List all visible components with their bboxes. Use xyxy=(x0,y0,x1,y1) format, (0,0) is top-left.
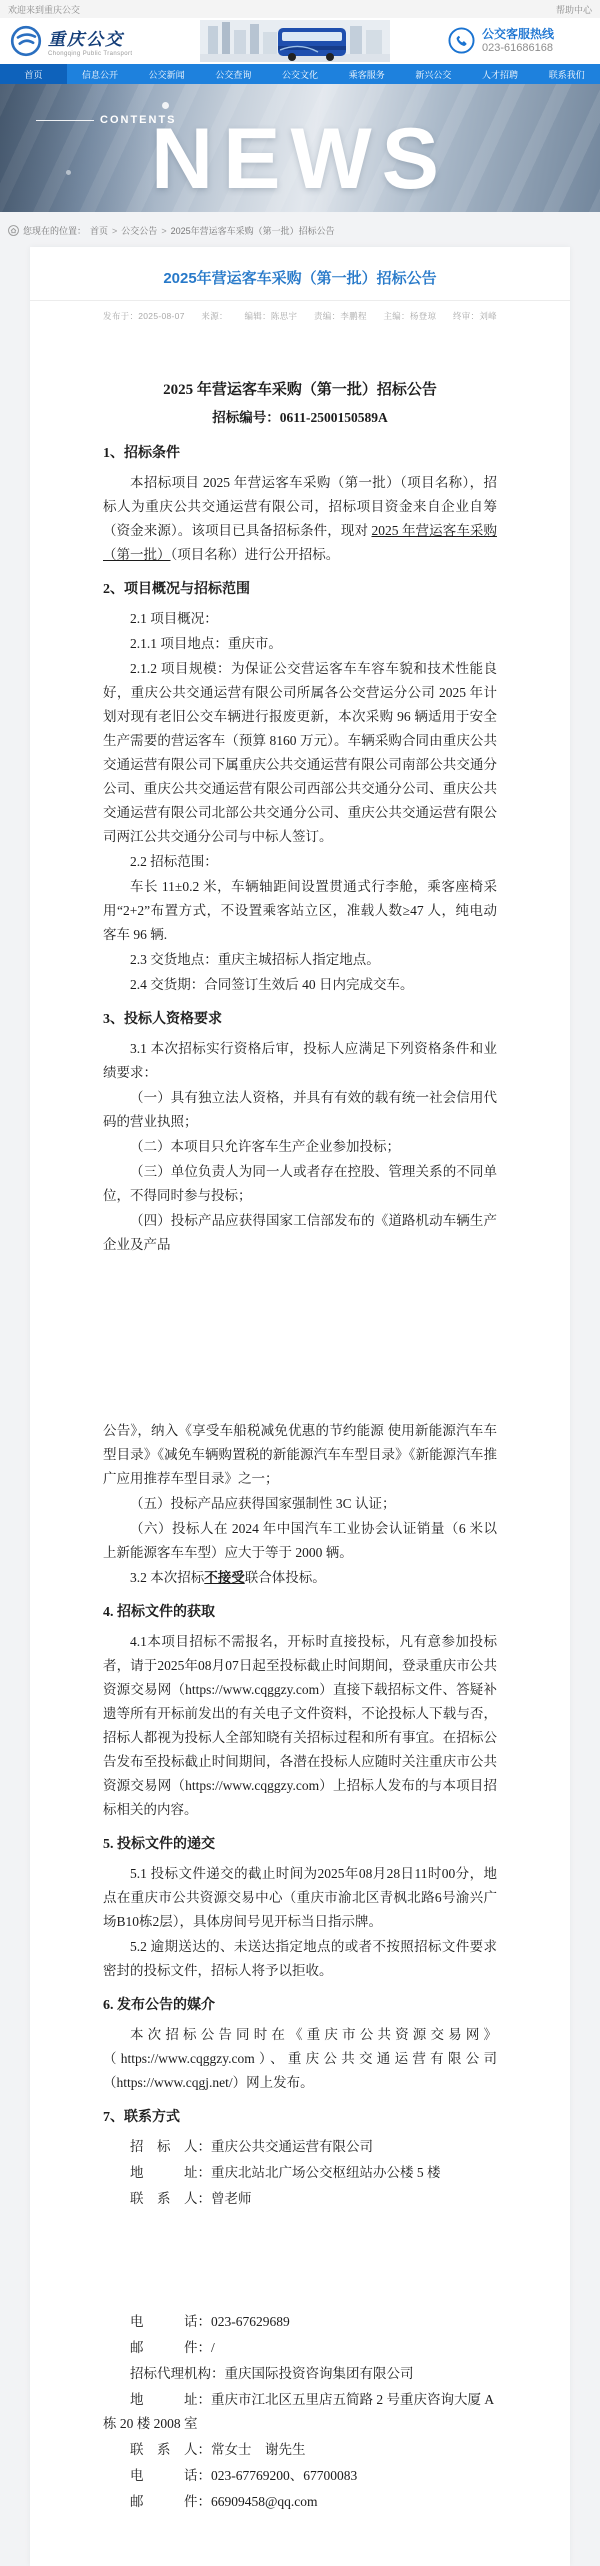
article-card: 2025年营运客车采购（第一批）招标公告 发布于：2025-08-07 来源： … xyxy=(30,247,570,2566)
doc-contact-line: 联 系 人：曾老师 xyxy=(103,2187,497,2211)
doc-paragraph: 4.1本项目招标不需报名，开标时直接投标，凡有意参加投标者，请于2025年08月… xyxy=(103,1630,497,1822)
doc-paragraph: 招标编号：0611-2500150589A xyxy=(103,406,497,430)
doc-contact-line: 招标代理机构：重庆国际投资咨询集团有限公司 xyxy=(103,2362,497,2386)
logo-subtitle: Chongqing Public Transport xyxy=(48,51,132,57)
hotline-block: 公交客服热线 023-61686168 xyxy=(448,27,590,55)
nav-item-bus-culture[interactable]: 公交文化 xyxy=(267,64,334,84)
doc-paragraph: 车长 11±0.2 米，车辆轴距间设置贯通式行李舱，乘客座椅采用“2+2”布置方… xyxy=(103,875,497,947)
doc-contact-line: 联 系 人：常女士 谢先生 xyxy=(103,2438,497,2462)
breadcrumb-separator: > xyxy=(161,226,166,236)
doc-paragraph: 2.3 交货地点：重庆主城招标人指定地点。 xyxy=(103,948,497,972)
help-center-link[interactable]: 帮助中心 xyxy=(556,3,592,16)
doc-paragraph: 5.2 逾期送达的、未送达指定地点的或者不按照招标文件要求密封的投标文件，招标人… xyxy=(103,1935,497,1983)
phone-icon xyxy=(448,27,475,54)
news-banner: CONTENTS NEWS xyxy=(0,84,600,212)
doc-section-heading: 2、项目概况与招标范围 xyxy=(103,578,497,602)
doc-paragraph: 本招标项目 2025 年营运客车采购（第一批）（项目名称），招标人为重庆公共交通… xyxy=(103,471,497,567)
banner-dot xyxy=(162,102,169,109)
doc-section-heading: 7、联系方式 xyxy=(103,2106,497,2130)
doc-paragraph: （六）投标人在 2024 年中国汽车工业协会认证销量（6 米以上新能源客车车型）… xyxy=(103,1517,497,1565)
nav-item-bus-news[interactable]: 公交新闻 xyxy=(133,64,200,84)
doc-contact-line: 地 址：重庆市江北区五里店五简路 2 号重庆咨询大厦 A 栋 20 楼 2008… xyxy=(103,2388,497,2436)
logo-icon xyxy=(10,25,42,57)
nav-item-bus-search[interactable]: 公交查询 xyxy=(200,64,267,84)
document-body: 2025 年营运客车采购（第一批）招标公告招标编号：0611-250015058… xyxy=(30,322,570,2526)
site-header: 重庆公交 Chongqing Public Transport 公交客服热线 0… xyxy=(0,18,600,64)
nav-item-info-disclosure[interactable]: 信息公开 xyxy=(67,64,134,84)
doc-title: 2025 年营运客车采购（第一批）招标公告 xyxy=(103,378,497,402)
doc-paragraph: （一）具有独立法人资格，并具有有效的载有统一社会信用代码的营业执照； xyxy=(103,1086,497,1134)
nav-item-passenger-service[interactable]: 乘客服务 xyxy=(333,64,400,84)
breadcrumb-separator: > xyxy=(112,226,117,236)
document-gap xyxy=(103,1258,497,1418)
doc-section-heading: 4. 招标文件的获取 xyxy=(103,1601,497,1625)
doc-section-heading: 1、招标条件 xyxy=(103,442,497,466)
doc-paragraph: 2.1.2 项目规模：为保证公交营运客车车容车貌和技术性能良好，重庆公共交通运营… xyxy=(103,657,497,849)
doc-paragraph: 2.1 项目概况： xyxy=(103,607,497,631)
breadcrumb-home[interactable]: 首页 xyxy=(90,224,108,237)
doc-paragraph: 2.2 招标范围： xyxy=(103,850,497,874)
header-bus-image xyxy=(200,20,390,62)
meta-source: 来源： xyxy=(201,311,227,321)
page-title: 2025年营运客车采购（第一批）招标公告 xyxy=(30,261,570,300)
nav-item-recruitment[interactable]: 人才招聘 xyxy=(467,64,534,84)
article-meta: 发布于：2025-08-07 来源： 编辑：陈思宇 责编：李鹏程 主编：杨登琼 … xyxy=(30,310,570,322)
nav-item-new-transit[interactable]: 新兴公交 xyxy=(400,64,467,84)
main-nav: 首页 信息公开 公交新闻 公交查询 公交文化 乘客服务 新兴公交 人才招聘 联系… xyxy=(0,64,600,84)
doc-paragraph: 本次招标公告同时在《重庆市公共资源交易网》（https://www.cqggzy… xyxy=(103,2023,497,2095)
meta-editor: 编辑：陈思宇 xyxy=(244,311,297,321)
breadcrumb: 您现在的位置： 首页 > 公交公告 > 2025年营运客车采购（第一批）招标公告 xyxy=(0,212,600,247)
top-utility-bar: 欢迎来到重庆公交 帮助中心 xyxy=(0,0,600,18)
title-divider xyxy=(30,300,570,301)
nav-item-home[interactable]: 首页 xyxy=(0,64,67,84)
doc-paragraph: 公告》，纳入《享受车船税减免优惠的节约能源 使用新能源汽车车型目录》《减免车辆购… xyxy=(103,1419,497,1491)
doc-contact-line: 招 标 人：重庆公共交通运营有限公司 xyxy=(103,2135,497,2159)
doc-paragraph: 2.1.1 项目地点：重庆市。 xyxy=(103,632,497,656)
nav-item-contact-us[interactable]: 联系我们 xyxy=(533,64,600,84)
document-gap xyxy=(103,2213,497,2308)
doc-paragraph: （四）投标产品应获得国家工信部发布的《道路机动车辆生产企业及产品 xyxy=(103,1209,497,1257)
doc-contact-line: 邮 件：66909458@qq.com xyxy=(103,2490,497,2514)
doc-text: （项目名称）进行公开招标。 xyxy=(171,547,340,562)
doc-paragraph: 5.1 投标文件递交的截止时间为2025年08月28日11时00分，地点在重庆市… xyxy=(103,1862,497,1934)
home-icon xyxy=(8,225,19,236)
doc-contact-line: 邮 件：/ xyxy=(103,2336,497,2360)
doc-text: 3.2 本次招标 xyxy=(130,1570,204,1585)
banner-news-title: NEWS xyxy=(0,110,600,209)
breadcrumb-prefix: 您现在的位置： xyxy=(23,224,86,237)
logo-title: 重庆公交 xyxy=(48,25,132,50)
doc-paragraph: 2.4 交货期：合同签订生效后 40 日内完成交车。 xyxy=(103,973,497,997)
doc-paragraph: （三）单位负责人为同一人或者存在控股、管理关系的不同单位，不得同时参与投标； xyxy=(103,1160,497,1208)
doc-paragraph: （二）本项目只允许客车生产企业参加投标； xyxy=(103,1135,497,1159)
site-logo[interactable]: 重庆公交 Chongqing Public Transport xyxy=(10,25,132,57)
doc-section-heading: 6. 发布公告的媒介 xyxy=(103,1994,497,2018)
meta-publish-date: 发布于：2025-08-07 xyxy=(103,311,185,321)
hotline-label: 公交客服热线 xyxy=(482,27,554,41)
welcome-text: 欢迎来到重庆公交 xyxy=(8,3,80,16)
hotline-number: 023-61686168 xyxy=(482,42,554,55)
doc-paragraph: 3.1 本次招标实行资格后审，投标人应满足下列资格条件和业绩要求： xyxy=(103,1037,497,1085)
doc-contact-line: 电 话：023-67629689 xyxy=(103,2310,497,2334)
breadcrumb-bus-notices[interactable]: 公交公告 xyxy=(121,224,157,237)
doc-paragraph: 3.2 本次招标不接受联合体投标。 xyxy=(103,1566,497,1590)
doc-contact-line: 电 话：023-67769200、67700083 xyxy=(103,2464,497,2488)
meta-duty-editor: 责编：李鹏程 xyxy=(314,311,367,321)
doc-section-heading: 5. 投标文件的递交 xyxy=(103,1833,497,1857)
doc-section-heading: 3、投标人资格要求 xyxy=(103,1008,497,1032)
meta-final-review: 终审：刘峰 xyxy=(453,311,497,321)
doc-emphasis-text: 不接受 xyxy=(204,1570,245,1585)
doc-text: 联合体投标。 xyxy=(245,1570,326,1585)
doc-paragraph: （五）投标产品应获得国家强制性 3C 认证； xyxy=(103,1492,497,1516)
breadcrumb-current-page: 2025年营运客车采购（第一批）招标公告 xyxy=(171,224,335,237)
doc-contact-line: 地 址：重庆北站北广场公交枢纽站办公楼 5 楼 xyxy=(103,2161,497,2185)
meta-chief-editor: 主编：杨登琼 xyxy=(383,311,436,321)
